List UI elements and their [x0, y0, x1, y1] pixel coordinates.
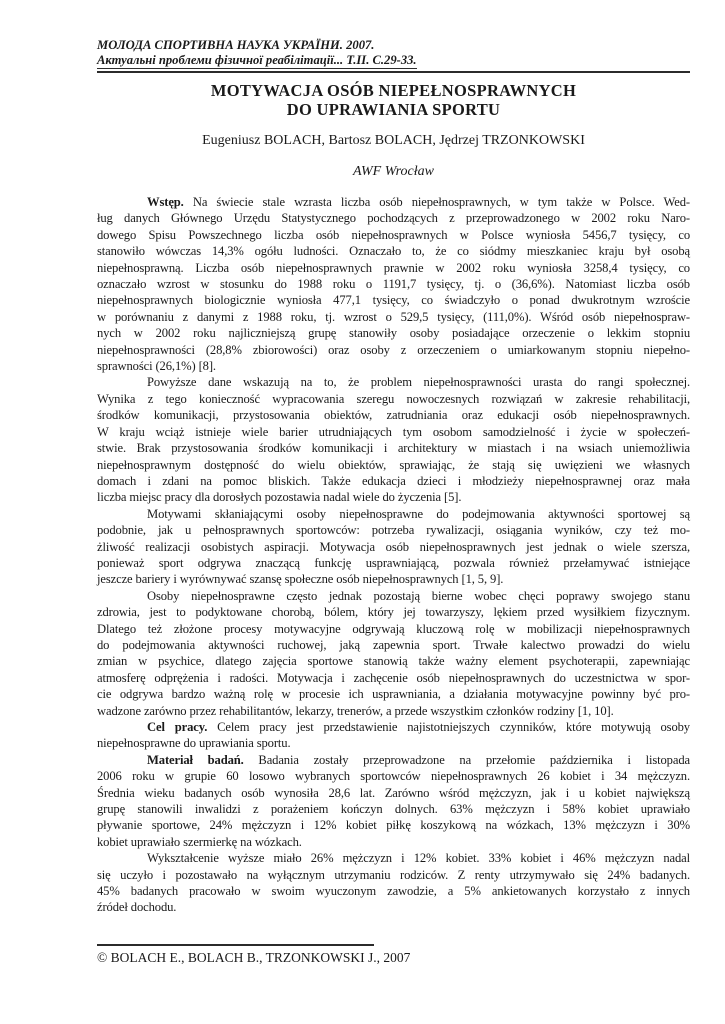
body-line: kobiet uprawiało szermierkę na wózkach.: [97, 834, 690, 850]
body-line: ponieważ sport odgrywa znaczącą funkcję …: [97, 555, 690, 571]
paragraph: Materiał badań. Badania zostały przeprow…: [97, 752, 690, 850]
paragraph: Wstęp. Na świecie stale wzrasta liczba o…: [97, 194, 690, 374]
body-line: W kraju wciąż istnieje wiele barier utru…: [97, 424, 690, 440]
article-body: Wstęp. Na świecie stale wzrasta liczba o…: [97, 194, 690, 916]
copyright-line: © BOLACH E., BOLACH B., TRZONKOWSKI J., …: [97, 949, 410, 966]
body-line: Wstęp. Na świecie stale wzrasta liczba o…: [97, 194, 690, 210]
page-footer: © BOLACH E., BOLACH B., TRZONKOWSKI J., …: [97, 944, 410, 966]
body-line: niepełnosprawne do uprawiania sportu.: [97, 735, 690, 751]
body-line: środków komunikacji, przystosowania obie…: [97, 407, 690, 423]
body-line: zmian w psychice, dlatego zajęcia sporto…: [97, 653, 690, 669]
journal-header-line-2: Актуальні проблеми фізичної реабілітації…: [97, 53, 690, 68]
body-line: w porównaniu z danymi z 1988 roku, tj. w…: [97, 309, 690, 325]
body-line: niepełnosprawnym dostępność do wielu obi…: [97, 457, 690, 473]
paragraph: Powyższe dane wskazują na to, że problem…: [97, 374, 690, 505]
body-line: żliwość realizacji osobistych aspiracji.…: [97, 539, 690, 555]
body-line: nych w 2002 roku najliczniejszą grupę st…: [97, 325, 690, 341]
body-line: dowego Spisu Powszechnego liczba osób ni…: [97, 227, 690, 243]
body-line: niepełnosprawności (28,8% zbiorowości) o…: [97, 342, 690, 358]
body-line: wadzone zarówno przez rehabilitantów, le…: [97, 703, 690, 719]
body-line: liczba miejsc pracy dla dorosłych pozost…: [97, 489, 690, 505]
body-line: do podejmowania aktywności ruchowej, jak…: [97, 637, 690, 653]
body-line: Osoby niepełnosprawne często jednak pozo…: [97, 588, 690, 604]
body-line: grupę stanowili inwalidzi z porażeniem k…: [97, 801, 690, 817]
body-line: się uczyło i pozostawało na wyłącznym ut…: [97, 867, 690, 883]
article-title-line-2: DO UPRAWIANIA SPORTU: [97, 101, 690, 120]
journal-header: МОЛОДА СПОРТИВНА НАУКА УКРАЇНИ. 2007. Ак…: [97, 38, 690, 73]
paragraph: Osoby niepełnosprawne często jednak pozo…: [97, 588, 690, 719]
footer-rule: [97, 944, 374, 946]
affiliation-line: AWF Wrocław: [97, 163, 690, 180]
body-line: stanowiło wówczas 14,3% ogółu ludności. …: [97, 243, 690, 259]
body-line: Cel pracy. Celem pracy jest przedstawien…: [97, 719, 690, 735]
body-line: ług danych Głównego Urzędu Statystyczneg…: [97, 210, 690, 226]
body-line: 2006 roku w grupie 60 losowo wybranych s…: [97, 768, 690, 784]
body-line: Materiał badań. Badania zostały przeprow…: [97, 752, 690, 768]
body-line: stwie. Brak przystosowania środków komun…: [97, 440, 690, 456]
body-line: Powyższe dane wskazują na to, że problem…: [97, 374, 690, 390]
body-line: Średnia wieku badanych osób wynosiła 28,…: [97, 785, 690, 801]
paragraph: Motywami skłaniającymi osoby niepełnospr…: [97, 506, 690, 588]
page-content: МОЛОДА СПОРТИВНА НАУКА УКРАЇНИ. 2007. Ак…: [97, 0, 690, 916]
body-line: Wynika z tego konieczność wypracowania s…: [97, 391, 690, 407]
journal-header-line-1: МОЛОДА СПОРТИВНА НАУКА УКРАЇНИ. 2007.: [97, 38, 690, 53]
document-page: МОЛОДА СПОРТИВНА НАУКА УКРАЇНИ. 2007. Ак…: [0, 0, 725, 1024]
body-line: domach i zdani na pomoc bliskich. Także …: [97, 473, 690, 489]
journal-header-underlined-text: Актуальні проблеми фізичної реабілітації…: [97, 53, 417, 69]
body-line: atmosferę odprężenia i radości. Motywacj…: [97, 670, 690, 686]
body-line: Dlatego też złożone procesy motywacyjne …: [97, 621, 690, 637]
body-line: źródeł dochodu.: [97, 899, 690, 915]
article-title: MOTYWACJA OSÓB NIEPEŁNOSPRAWNYCH DO UPRA…: [97, 82, 690, 119]
body-line: oznaczało wzrost w stosunku do 1988 roku…: [97, 276, 690, 292]
authors-line: Eugeniusz BOLACH, Bartosz BOLACH, Jędrze…: [97, 132, 690, 149]
article-title-line-1: MOTYWACJA OSÓB NIEPEŁNOSPRAWNYCH: [97, 82, 690, 101]
body-line: jeszcze bariery i wyrównywać szansę społ…: [97, 571, 690, 587]
body-line: niepełnosprawnych biologicznie wyniosła …: [97, 292, 690, 308]
paragraph: Cel pracy. Celem pracy jest przedstawien…: [97, 719, 690, 752]
body-line: 45% badanych pracowało w swoim wyuczonym…: [97, 883, 690, 899]
body-line: niepełnosprawną. Liczba osób niepełnospr…: [97, 260, 690, 276]
body-line: Motywami skłaniającymi osoby niepełnospr…: [97, 506, 690, 522]
paragraph: Wykształcenie wyższe miało 26% mężczyzn …: [97, 850, 690, 916]
body-line: zdrowia, jest to podyktowane chorobą, bó…: [97, 604, 690, 620]
body-line: pływanie sportowe, 24% mężczyzn i 12% ko…: [97, 817, 690, 833]
body-line: Wykształcenie wyższe miało 26% mężczyzn …: [97, 850, 690, 866]
body-line: podobnie, jak u pełnosprawnych sportowcó…: [97, 522, 690, 538]
body-line: cie odgrywa bardzo ważną rolę w procesie…: [97, 686, 690, 702]
body-line: sprawności (26,1%) [8].: [97, 358, 690, 374]
